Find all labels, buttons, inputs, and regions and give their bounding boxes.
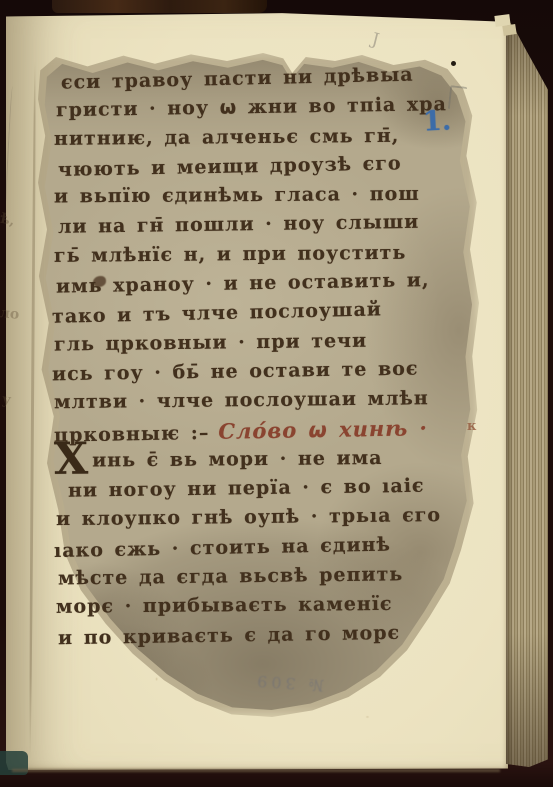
text-line: морє · прибываєть каменїє	[56, 589, 480, 622]
page-corner-step	[502, 24, 516, 36]
text-line-rest: инь є̄ вь мори · не има	[92, 447, 383, 472]
foliation-stamp: 1.	[422, 105, 452, 137]
rubric-title: Сло́во ѡ хинѣ ·	[218, 415, 428, 444]
manuscript-text-block: єси травоу пасти ни дрѣвыа гристи · ноу …	[52, 64, 476, 650]
text-line: и по криваєть є да го морє	[58, 617, 482, 653]
binding-edge	[52, 0, 267, 13]
margin-quire-mark: к	[467, 419, 477, 434]
ghost-letter-fragment: ло	[0, 305, 20, 323]
page-bottom-shadow	[12, 769, 500, 772]
text-line: гристи · ноу ѡ жни во тпіа хра	[56, 90, 480, 126]
photo-of-open-codex: ѣ, ло у єси травоу пасти ни дрѣвыа грист…	[0, 0, 553, 787]
text-line: ли на гн̄ пошли · ноу слыши	[58, 207, 482, 242]
fore-edge-page-stack	[506, 10, 548, 770]
pencil-bracket-mark	[448, 85, 467, 111]
